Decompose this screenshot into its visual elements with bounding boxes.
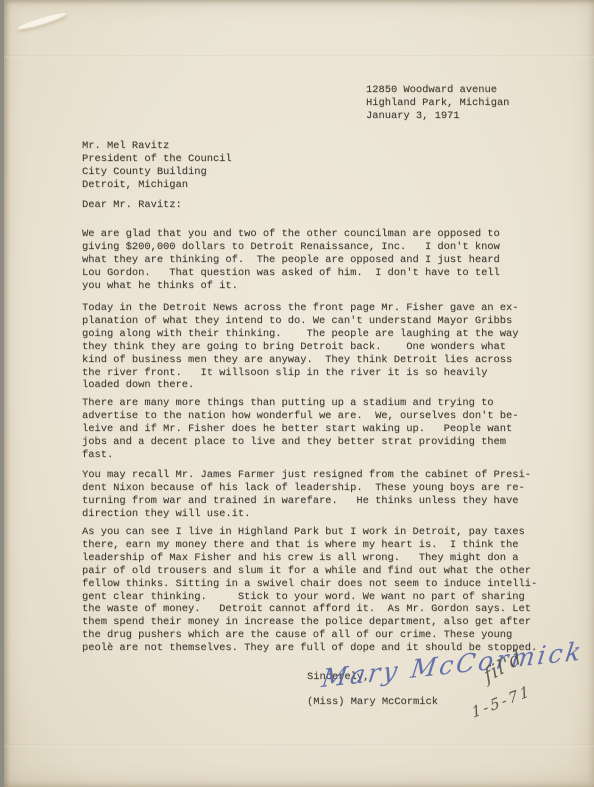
scanned-letter-scene: 12850 Woodward avenue Highland Park, Mic… [0, 0, 594, 787]
body-paragraph-3: There are many more things than putting … [82, 397, 518, 462]
paper-fold-line-top [4, 55, 594, 58]
recipient-address-block: Mr. Mel Ravitz President of the Council … [82, 140, 232, 192]
paper-crease-mark [16, 11, 68, 33]
typed-signature-line: (Miss) Mary McCormick [307, 696, 438, 709]
paper-fold-line-bottom [4, 744, 594, 747]
body-paragraph-5: As you can see I live in Highland Park b… [82, 526, 537, 655]
handwritten-filing-date: 1-5-71 [470, 681, 533, 721]
body-paragraph-2: Today in the Detroit News across the fro… [82, 302, 518, 392]
salutation-line: Dear Mr. Ravitz: [82, 199, 182, 212]
return-address-block: 12850 Woodward avenue Highland Park, Mic… [366, 84, 509, 123]
letter-page: 12850 Woodward avenue Highland Park, Mic… [4, 0, 594, 787]
body-paragraph-4: You may recall Mr. James Farmer just res… [82, 469, 531, 521]
body-paragraph-1: We are glad that you and two of the othe… [82, 228, 500, 293]
